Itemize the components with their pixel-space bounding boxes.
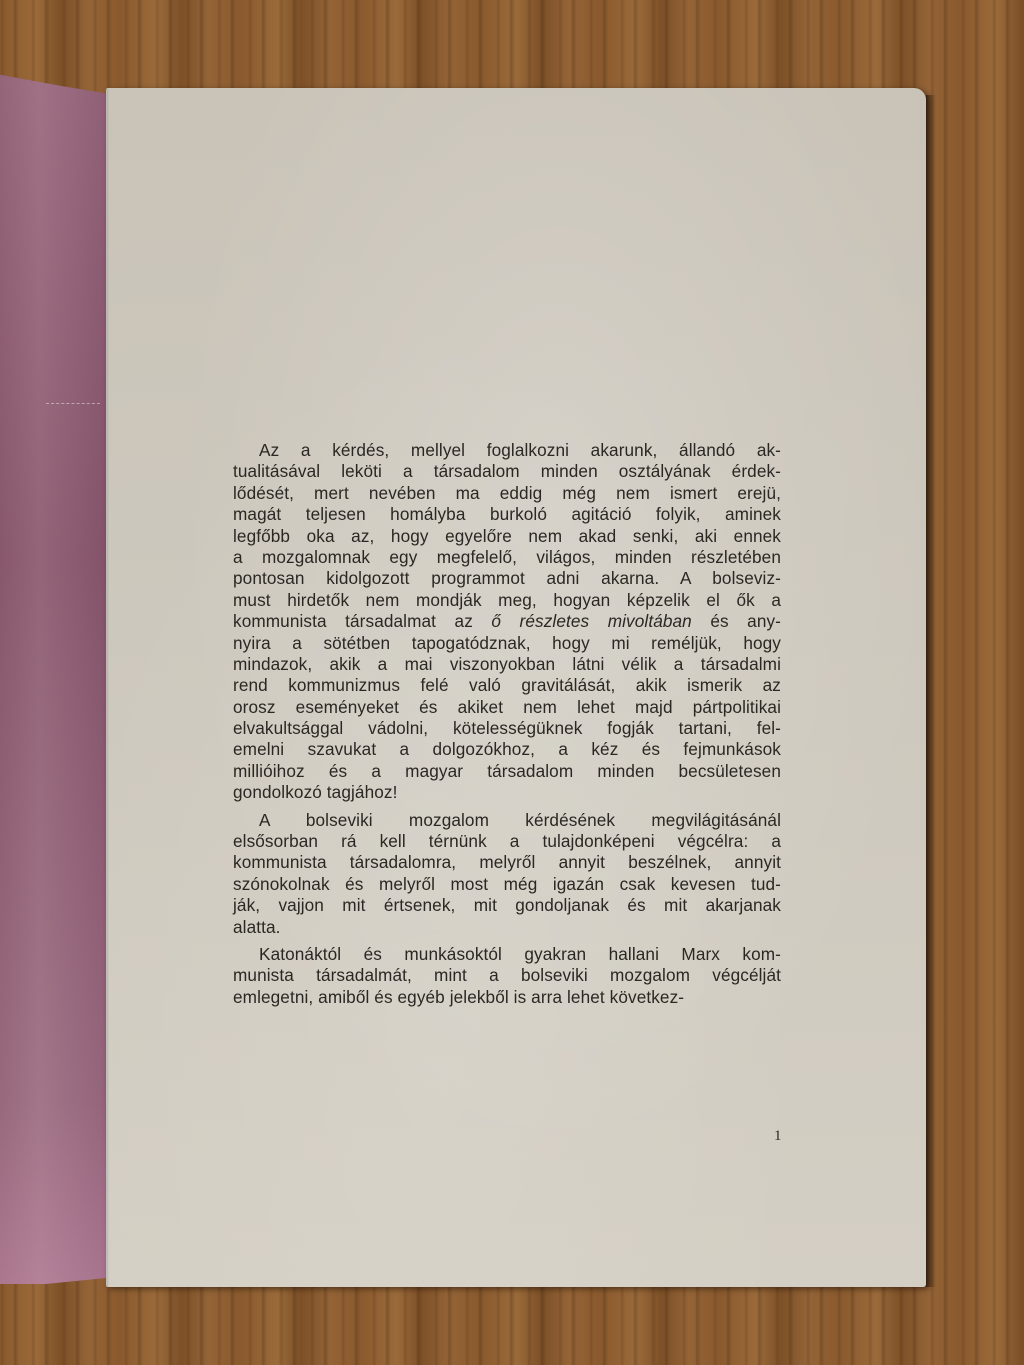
text-line: a mozgalomnak egy megfelelő, világos, mi… [233, 547, 781, 568]
emphasis-text: ő részletes mivoltában [491, 611, 691, 631]
text-line: lődését, mert nevében ma eddig még nem i… [233, 483, 781, 504]
cover-crease [46, 403, 100, 405]
page-shadow [926, 95, 936, 1287]
paragraph: A bolseviki mozgalom kérdésének megvilág… [233, 810, 781, 938]
text-line: ják, vajjon mit értsenek, mit gondoljana… [233, 895, 781, 916]
paragraph: Katonáktól és munkásoktól gyakran hallan… [233, 944, 781, 1008]
text-line: orosz eseményeket és akiket nem lehet ma… [233, 697, 781, 718]
text-line: elsősorban rá kell térnünk a tulajdonkép… [233, 831, 781, 852]
text-line: mindazok, akik a mai viszonyokban látni … [233, 654, 781, 675]
text-line: gondolkozó tagjához! [233, 782, 781, 803]
text-line: magát teljesen homályba burkoló agitáció… [233, 504, 781, 525]
text-line: legfőbb oka az, hogy egyelőre nem akad s… [233, 526, 781, 547]
text-line: kommunista társadalomra, melyről annyit … [233, 852, 781, 873]
text-line: munista társadalmát, mint a bolseviki mo… [233, 965, 781, 986]
paragraph: Az a kérdés, mellyel foglalkozni akarunk… [233, 440, 781, 804]
text-line: tualitásával leköti a társadalom minden … [233, 461, 781, 482]
text-line: elvakultsággal vádolni, kötelességüknek … [233, 718, 781, 739]
text-line: Az a kérdés, mellyel foglalkozni akarunk… [233, 440, 781, 461]
body-text: Az a kérdés, mellyel foglalkozni akarunk… [233, 440, 781, 1008]
text-line: alatta. [233, 917, 781, 938]
text-line: emelni szavukat a dolgozókhoz, a kéz és … [233, 739, 781, 760]
text-line: kommunista társadalmat az ő részletes mi… [233, 611, 781, 632]
text-line: nyira a sötétben tapogatódznak, hogy mi … [233, 633, 781, 654]
text-line: Katonáktól és munkásoktól gyakran hallan… [233, 944, 781, 965]
booklet-page: Az a kérdés, mellyel foglalkozni akarunk… [106, 88, 926, 1287]
page-number: 1 [774, 1128, 782, 1145]
text-line: emlegetni, amiből és egyéb jelekből is a… [233, 987, 781, 1008]
text-line: szónokolnak és melyről most még igazán c… [233, 874, 781, 895]
text-line: must hirdetők nem mondják meg, hogyan ké… [233, 590, 781, 611]
text-line: A bolseviki mozgalom kérdésének megvilág… [233, 810, 781, 831]
booklet-cover [0, 74, 106, 1284]
text-line: pontosan kidolgozott programmot adni aka… [233, 568, 781, 589]
text-line: rend kommunizmus felé való gravitálását,… [233, 675, 781, 696]
text-line: millióihoz és a magyar társadalom minden… [233, 761, 781, 782]
